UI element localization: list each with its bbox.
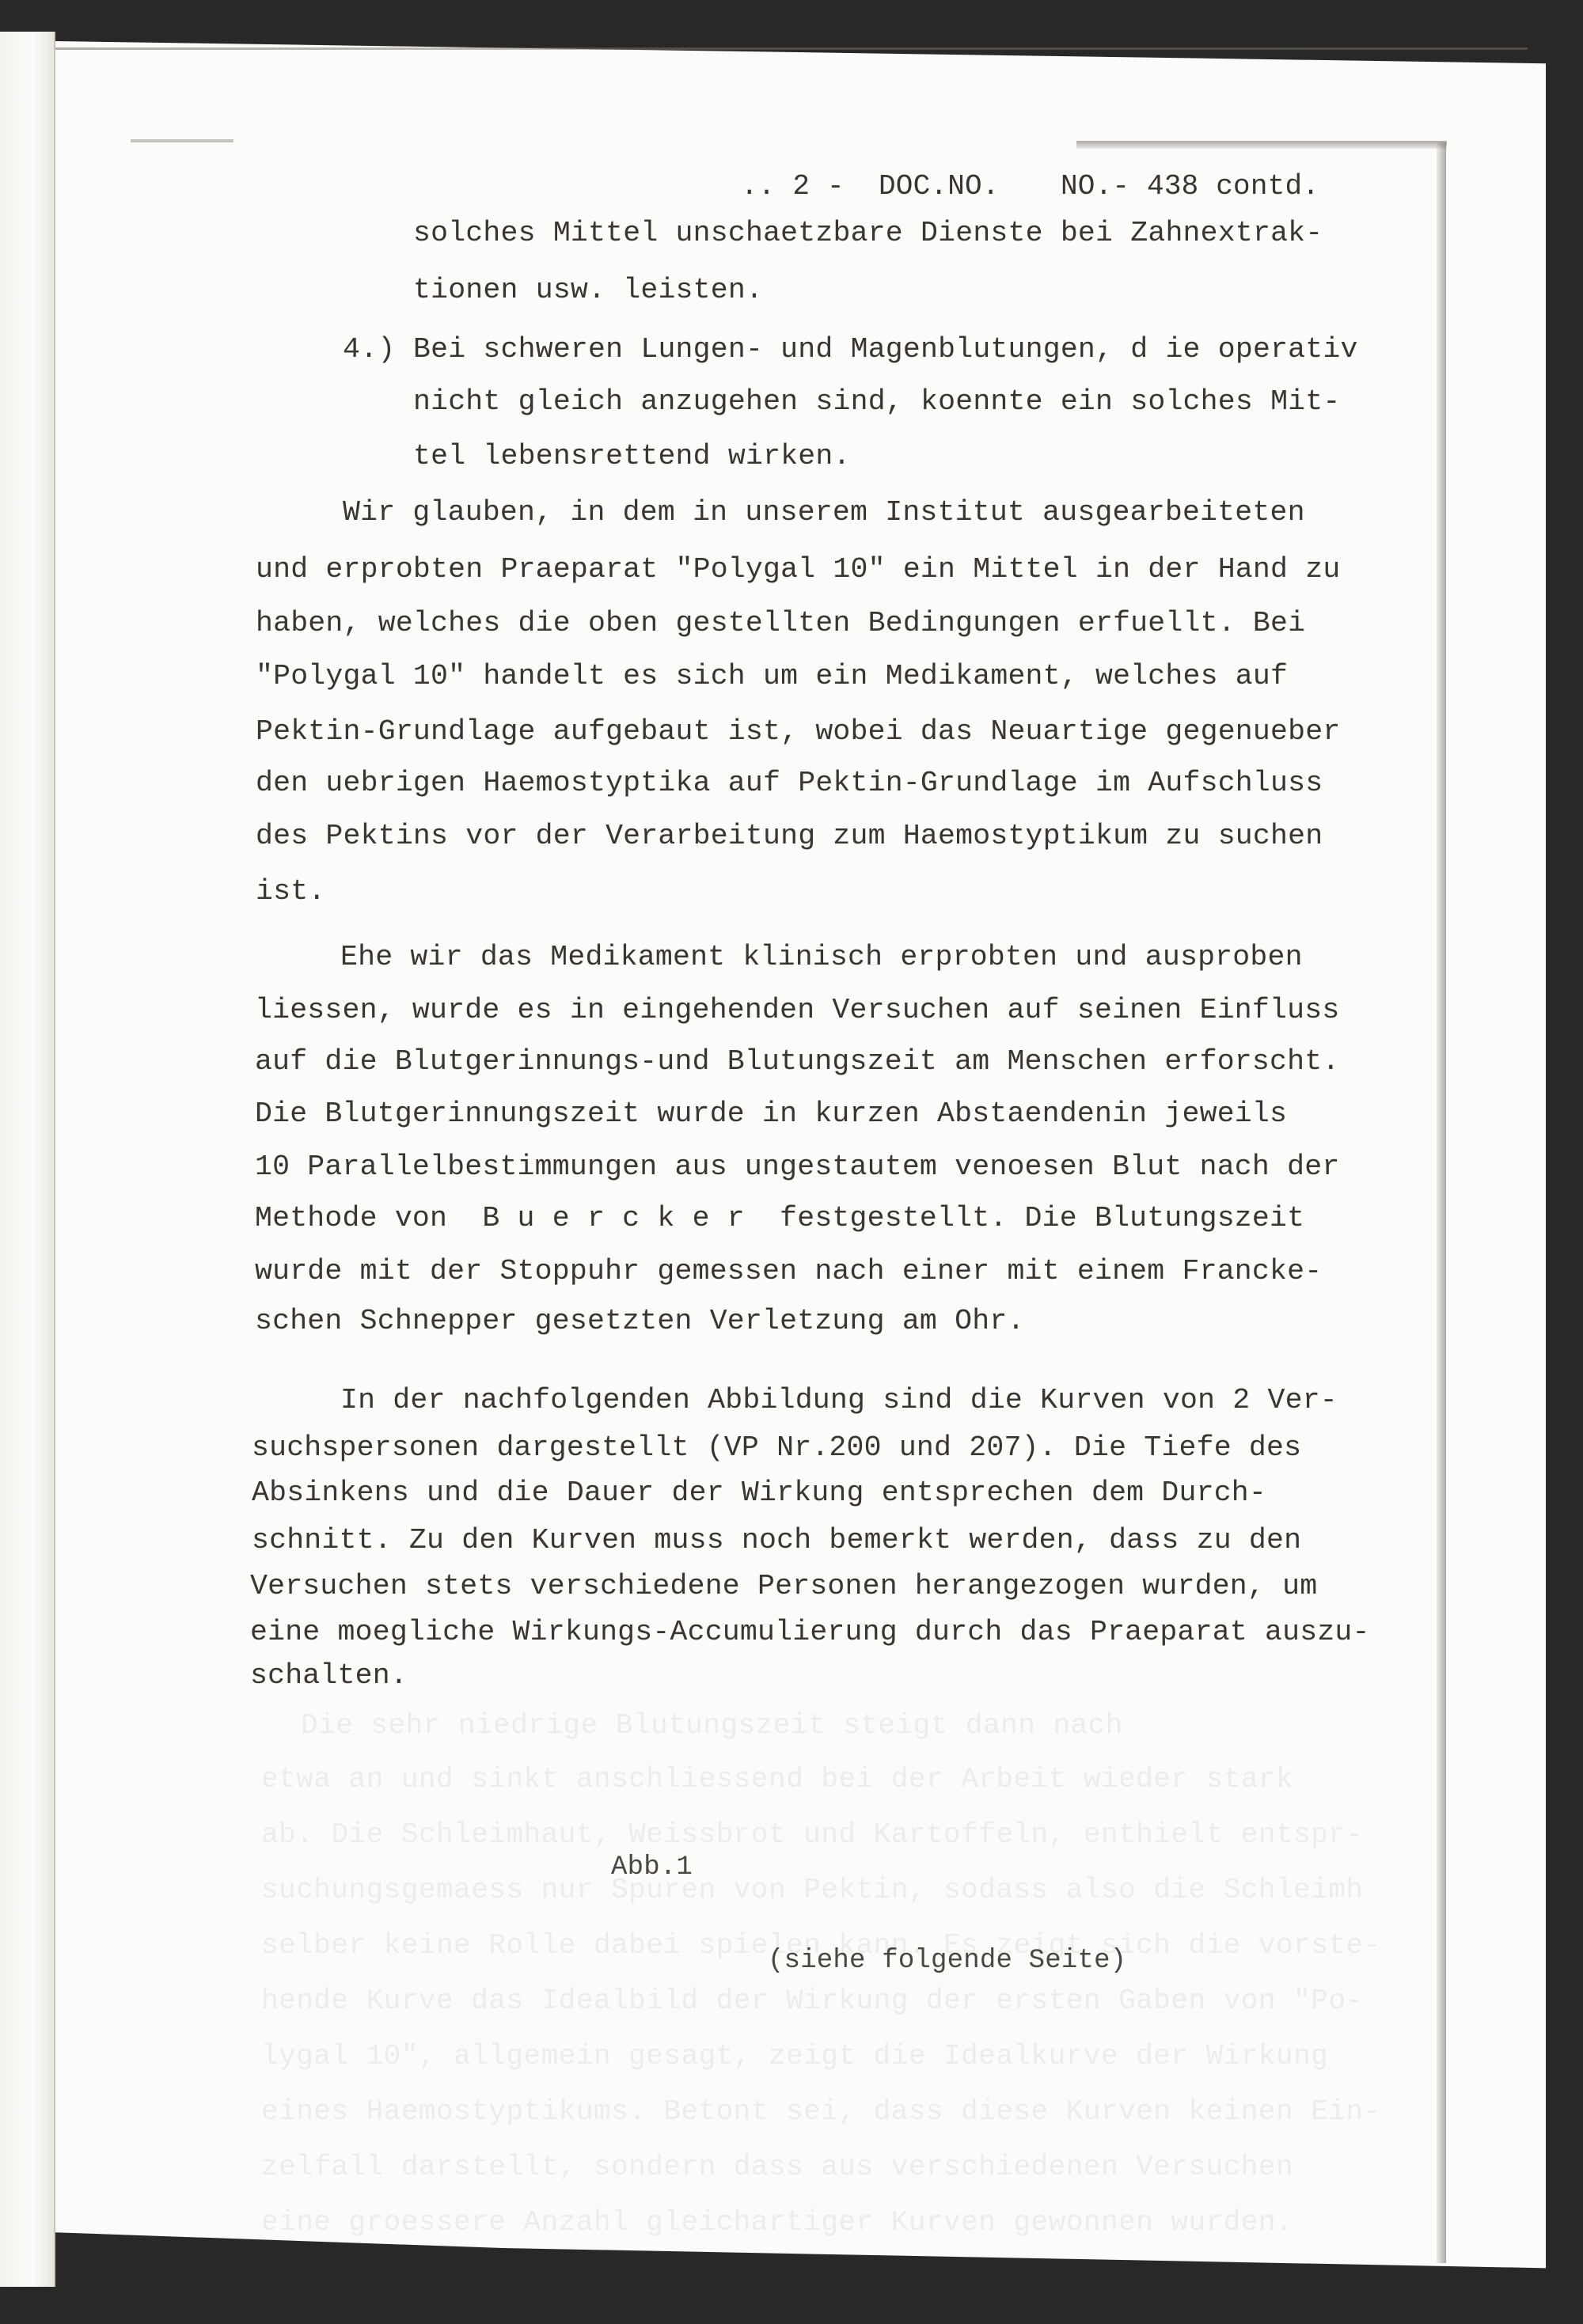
bleed-through-line: lygal 10", allgemein gesagt, zeigt die I…	[261, 2040, 1369, 2072]
text-line: Wir glauben, in dem in unserem Institut …	[343, 499, 1305, 528]
text-line: Pektin-Grundlage aufgebaut ist, wobei da…	[256, 718, 1340, 747]
text-line: haben, welches die oben gestellten Bedin…	[256, 609, 1305, 639]
text-line: Absinkens und die Dauer der Wirkung ents…	[252, 1479, 1266, 1508]
text-line: schalten.	[250, 1662, 408, 1691]
copy-shadow-top	[1076, 141, 1447, 149]
bleed-through-line: eines Haemostyptikums. Betont sei, dass …	[261, 2095, 1369, 2128]
figure-label: Abb.1	[611, 1854, 693, 1881]
text-line: nicht gleich anzugehen sind, koennte ein…	[413, 388, 1341, 417]
bleed-through-line: etwa an und sinkt anschliessend bei der …	[261, 1763, 1369, 1795]
text-line: suchspersonen dargestellt (VP Nr.200 und…	[252, 1434, 1301, 1463]
page-top-rule	[55, 47, 1528, 50]
text-line: auf die Blutgerinnungs-und Blutungszeit …	[255, 1048, 1339, 1077]
bleed-through-line: suchungsgemaess nur Spuren von Pektin, s…	[261, 1874, 1369, 1906]
text-line: tionen usw. leisten.	[413, 276, 763, 305]
text-line: schnitt. Zu den Kurven muss noch bemerkt…	[252, 1526, 1301, 1556]
bleed-through-line: hende Kurve das Idealbild der Wirkung de…	[261, 1985, 1369, 2017]
doc-label: DOC.NO.	[879, 172, 1000, 201]
text-line: eine moegliche Wirkungs-Accumulierung du…	[250, 1618, 1370, 1647]
bleed-through-line: ab. Die Schleimhaut, Weissbrot und Karto…	[261, 1818, 1369, 1851]
text-line: liessen, wurde es in eingehenden Versuch…	[255, 996, 1339, 1026]
smudge-mark	[131, 139, 233, 142]
bleed-through-line: eine groessere Anzahl gleichartiger Kurv…	[261, 2206, 1369, 2239]
text-line: Methode von B u e r c k e r festgestellt…	[255, 1204, 1304, 1234]
bleed-through-line: Die sehr niedrige Blutungszeit steigt da…	[301, 1709, 1409, 1742]
text-line: tel lebensrettend wirken.	[413, 442, 851, 472]
adjacent-page-edge	[0, 32, 55, 2287]
bleed-through-line: zelfall darstellt, sondern dass aus vers…	[261, 2151, 1369, 2183]
text-line: schen Schnepper gesetzten Verletzung am …	[255, 1307, 1025, 1336]
text-line: ist.	[256, 878, 325, 907]
text-line: "Polygal 10" handelt es sich um ein Medi…	[256, 662, 1288, 692]
text-line: den uebrigen Haemostyptika auf Pektin-Gr…	[256, 769, 1323, 798]
figure-note: (siehe folgende Seite)	[768, 1947, 1126, 1974]
text-line: solches Mittel unschaetzbare Dienste bei…	[413, 219, 1323, 248]
list-item-number: 4.)	[343, 336, 395, 365]
text-line: wurde mit der Stoppuhr gemessen nach ein…	[255, 1257, 1322, 1287]
text-line: des Pektins vor der Verarbeitung zum Hae…	[256, 822, 1323, 851]
text-line: 10 Parallelbestimmungen aus ungestautem …	[255, 1153, 1339, 1182]
text-line: Die Blutgerinnungszeit wurde in kurzen A…	[255, 1100, 1287, 1129]
text-line: In der nachfolgenden Abbildung sind die …	[340, 1386, 1338, 1416]
page-number: .. 2 -	[741, 172, 845, 201]
text-line: Versuchen stets verschiedene Personen he…	[250, 1572, 1317, 1602]
doc-number: NO.- 438 contd.	[1061, 172, 1319, 201]
copy-shadow-right	[1437, 142, 1446, 2263]
text-line: Ehe wir das Medikament klinisch erprobte…	[340, 943, 1303, 972]
text-line: und erprobten Praeparat "Polygal 10" ein…	[256, 555, 1340, 585]
text-line: Bei schweren Lungen- und Magenblutungen,…	[413, 336, 1358, 365]
